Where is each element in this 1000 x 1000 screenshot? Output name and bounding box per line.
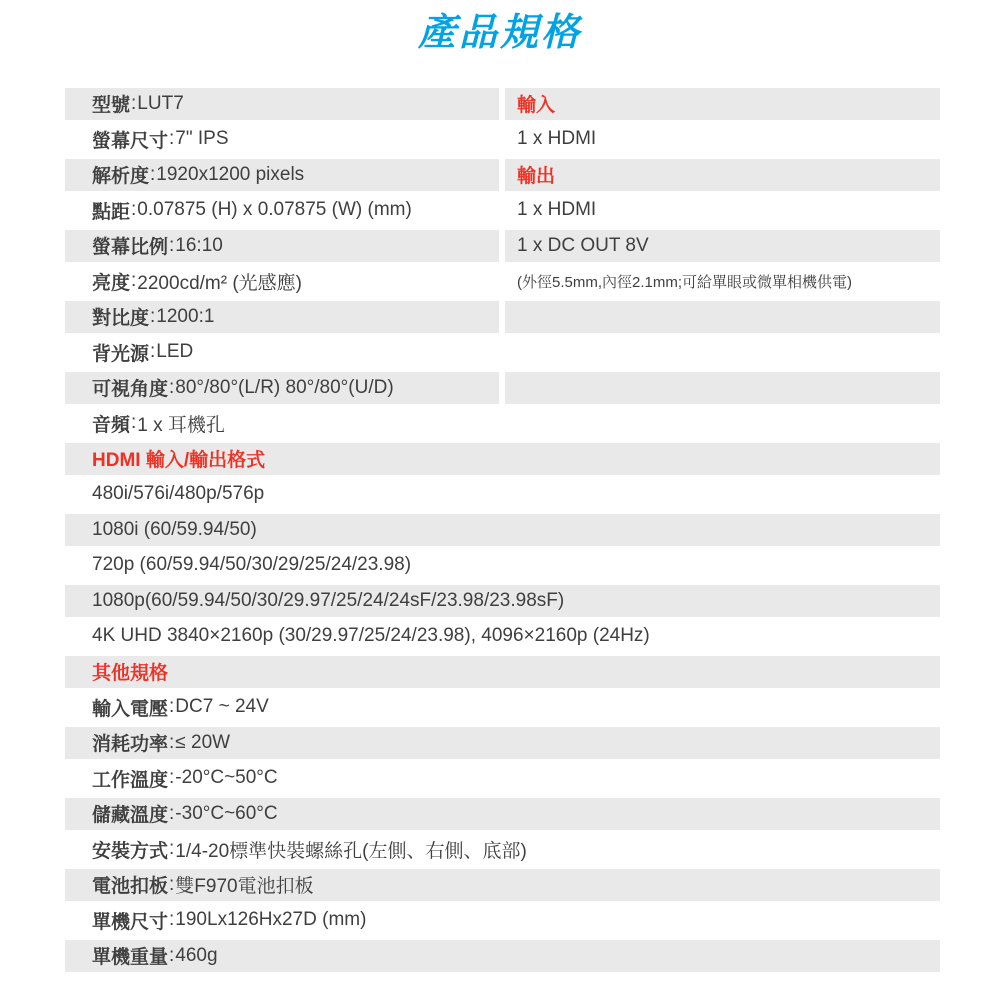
spec-label: 螢幕比例 [92,232,168,259]
table-row: 型號:LUT7 輸入 [65,88,940,120]
format-cell: 720p (60/59.94/50/30/29/25/24/23.98) [65,550,940,582]
spec-label: 消耗功率 [92,729,168,756]
spec-value: 460g [175,945,217,967]
io-section-title: 輸出 [517,161,555,188]
format-cell: 1080p(60/59.94/50/30/29.97/25/24/24sF/23… [65,585,940,617]
table-row: 720p (60/59.94/50/30/29/25/24/23.98) [65,550,940,582]
separator: : [169,696,174,718]
spec-cell: 工作溫度:-20°C~50°C [65,763,940,795]
table-row: 工作溫度:-20°C~50°C [65,763,940,795]
separator: : [169,235,174,257]
table-row: 4K UHD 3840×2160p (30/29.97/25/24/23.98)… [65,621,940,653]
io-cell: 輸出 [505,159,940,191]
spec-cell: 單機重量:460g [65,940,940,972]
section-title: HDMI 輸入/輸出格式 [92,445,265,472]
table-row: 螢幕尺寸:7" IPS 1 x HDMI [65,124,940,156]
spec-value: -30°C~60°C [175,803,277,825]
spec-table: 型號:LUT7 輸入 螢幕尺寸:7" IPS 1 x HDMI 解析度:1920… [65,88,940,976]
spec-value: 1920x1200 pixels [156,164,304,186]
spec-value: -20°C~50°C [175,767,277,789]
spec-label: 工作溫度 [92,765,168,792]
io-value: 1 x HDMI [517,128,596,150]
io-cell: 1 x HDMI [505,195,940,227]
spec-label: 點距 [92,197,130,224]
separator: : [169,377,174,399]
io-section-title: 輸入 [517,90,555,117]
format-value: 1080p(60/59.94/50/30/29.97/25/24/24sF/23… [92,590,564,612]
spec-label: 型號 [92,90,130,117]
spec-value: 1 x 耳機孔 [137,410,225,437]
io-cell: 輸入 [505,88,940,120]
spec-value: DC7 ~ 24V [175,696,268,718]
table-row: 可視角度:80°/80°(L/R) 80°/80°(U/D) [65,372,940,404]
table-row: 對比度:1200:1 [65,301,940,333]
format-value: 720p (60/59.94/50/30/29/25/24/23.98) [92,554,411,576]
spec-value: LED [156,341,193,363]
format-cell: 4K UHD 3840×2160p (30/29.97/25/24/23.98)… [65,621,940,653]
separator: : [150,306,155,328]
separator: : [131,412,136,434]
io-cell: 1 x HDMI [505,124,940,156]
spec-value: ≤ 20W [175,732,230,754]
separator: : [131,270,136,292]
spec-label: 對比度 [92,303,149,330]
page-title: 產品規格 [0,0,1000,56]
spec-label: 安裝方式 [92,836,168,863]
io-value: 1 x DC OUT 8V [517,235,649,257]
spec-cell: 電池扣板:雙F970電池扣板 [65,869,940,901]
table-row: 解析度:1920x1200 pixels 輸出 [65,159,940,191]
section-header: HDMI 輸入/輸出格式 [65,443,940,475]
spec-value: 0.07875 (H) x 0.07875 (W) (mm) [137,199,412,221]
spec-cell: 點距:0.07875 (H) x 0.07875 (W) (mm) [65,195,499,227]
table-row: 消耗功率:≤ 20W [65,727,940,759]
spec-cell: 音頻:1 x 耳機孔 [65,408,499,440]
separator: : [169,803,174,825]
separator: : [169,945,174,967]
spec-cell: 型號:LUT7 [65,88,499,120]
table-row: 背光源:LED [65,337,940,369]
spec-cell: 儲藏溫度:-30°C~60°C [65,798,940,830]
separator: : [169,128,174,150]
spec-value: 7" IPS [175,128,228,150]
spec-value: 1/4-20標準快裝螺絲孔(左側、右側、底部) [175,836,527,863]
separator: : [150,164,155,186]
table-row: 音頻:1 x 耳機孔 [65,408,940,440]
spec-cell: 對比度:1200:1 [65,301,499,333]
format-value: 4K UHD 3840×2160p (30/29.97/25/24/23.98)… [92,625,650,647]
format-value: 480i/576i/480p/576p [92,483,264,505]
io-cell: (外徑5.5mm,內徑2.1mm;可給單眼或微單相機供電) [505,266,940,298]
spec-label: 背光源 [92,339,149,366]
separator: : [131,93,136,115]
spec-cell: 安裝方式:1/4-20標準快裝螺絲孔(左側、右側、底部) [65,834,940,866]
table-row: 1080i (60/59.94/50) [65,514,940,546]
spec-label: 單機重量 [92,942,168,969]
section-title: 其他規格 [92,658,168,685]
spec-value: 1200:1 [156,306,214,328]
io-cell-empty [505,337,940,369]
io-cell-empty [505,408,940,440]
table-row: 電池扣板:雙F970電池扣板 [65,869,940,901]
io-cell-empty [505,372,940,404]
io-cell: 1 x DC OUT 8V [505,230,940,262]
spec-label: 解析度 [92,161,149,188]
spec-cell: 可視角度:80°/80°(L/R) 80°/80°(U/D) [65,372,499,404]
table-row: 亮度:2200cd/m² (光感應) (外徑5.5mm,內徑2.1mm;可給單眼… [65,266,940,298]
spec-value: 80°/80°(L/R) 80°/80°(U/D) [175,377,393,399]
spec-cell: 消耗功率:≤ 20W [65,727,940,759]
separator: : [169,909,174,931]
separator: : [169,732,174,754]
format-cell: 480i/576i/480p/576p [65,479,940,511]
spec-label: 螢幕尺寸 [92,126,168,153]
table-row: 1080p(60/59.94/50/30/29.97/25/24/24sF/23… [65,585,940,617]
spec-label: 儲藏溫度 [92,800,168,827]
spec-label: 電池扣板 [92,871,168,898]
spec-value: 雙F970電池扣板 [175,871,313,898]
separator: : [169,874,174,896]
spec-label: 單機尺寸 [92,907,168,934]
spec-cell: 螢幕尺寸:7" IPS [65,124,499,156]
spec-label: 可視角度 [92,374,168,401]
separator: : [169,767,174,789]
table-row: 其他規格 [65,656,940,688]
spec-cell: 背光源:LED [65,337,499,369]
separator: : [131,199,136,221]
io-value: 1 x HDMI [517,199,596,221]
table-row: 點距:0.07875 (H) x 0.07875 (W) (mm) 1 x HD… [65,195,940,227]
table-row: 輸入電壓:DC7 ~ 24V [65,692,940,724]
spec-cell: 解析度:1920x1200 pixels [65,159,499,191]
table-row: 480i/576i/480p/576p [65,479,940,511]
table-row: 螢幕比例:16:10 1 x DC OUT 8V [65,230,940,262]
section-header: 其他規格 [65,656,940,688]
table-row: 儲藏溫度:-30°C~60°C [65,798,940,830]
spec-value: 16:10 [175,235,223,257]
table-row: 單機尺寸:190Lx126Hx27D (mm) [65,905,940,937]
spec-value: LUT7 [137,93,183,115]
spec-cell: 螢幕比例:16:10 [65,230,499,262]
format-cell: 1080i (60/59.94/50) [65,514,940,546]
spec-cell: 輸入電壓:DC7 ~ 24V [65,692,940,724]
spec-cell: 單機尺寸:190Lx126Hx27D (mm) [65,905,940,937]
spec-label: 音頻 [92,410,130,437]
spec-value: 2200cd/m² (光感應) [137,268,302,295]
separator: : [169,838,174,860]
format-value: 1080i (60/59.94/50) [92,519,257,541]
spec-value: 190Lx126Hx27D (mm) [175,909,366,931]
spec-label: 亮度 [92,268,130,295]
table-row: 單機重量:460g [65,940,940,972]
io-note: (外徑5.5mm,內徑2.1mm;可給單眼或微單相機供電) [517,271,852,292]
table-row: 安裝方式:1/4-20標準快裝螺絲孔(左側、右側、底部) [65,834,940,866]
table-row: HDMI 輸入/輸出格式 [65,443,940,475]
spec-cell: 亮度:2200cd/m² (光感應) [65,266,499,298]
separator: : [150,341,155,363]
io-cell-empty [505,301,940,333]
spec-label: 輸入電壓 [92,694,168,721]
